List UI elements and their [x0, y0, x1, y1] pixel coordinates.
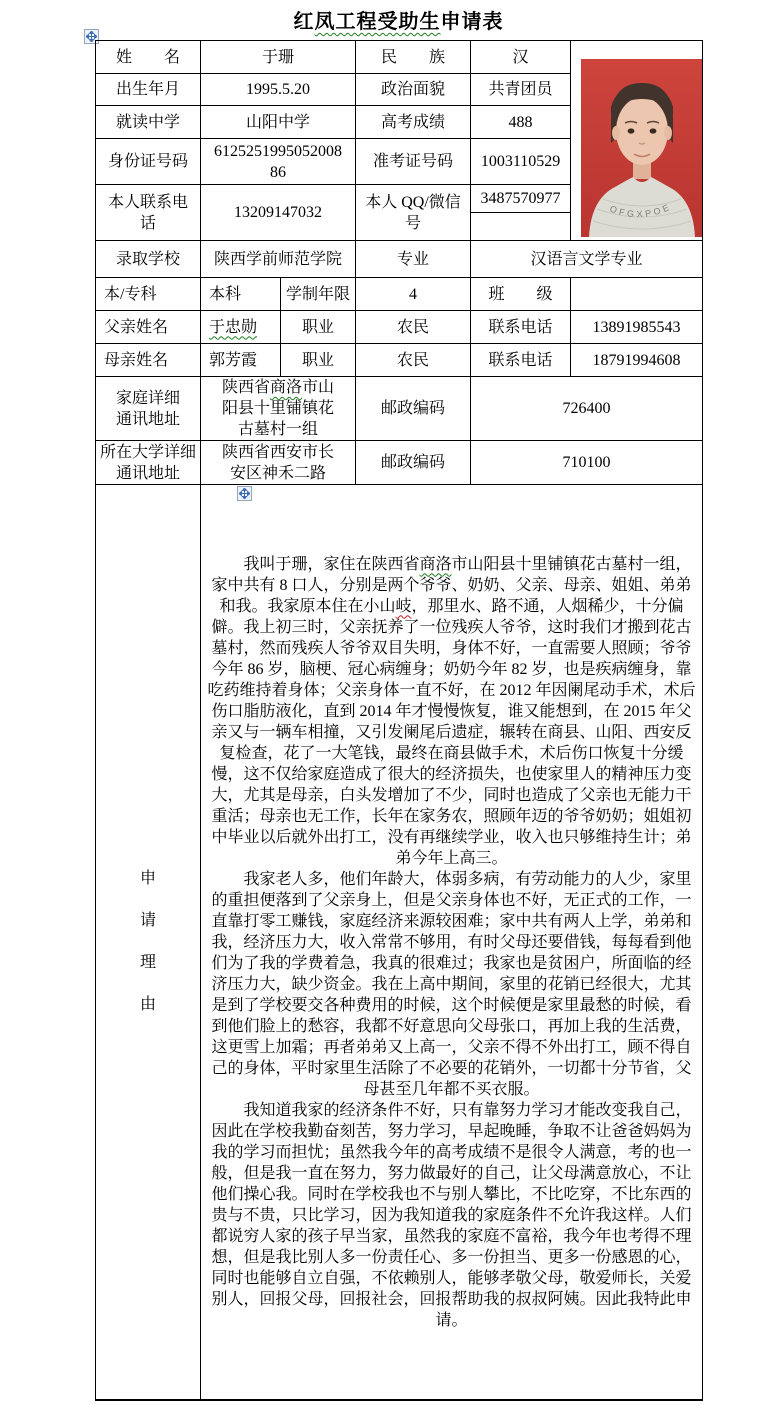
- exam-ticket-label: 准考证号码: [356, 139, 471, 185]
- phone-value: 13209147032: [201, 185, 356, 241]
- applicant-id-photo: OFGXPOE: [581, 59, 703, 237]
- major-value: 汉语言文学专业: [471, 241, 703, 278]
- application-form-table: 姓 名 于珊 民 族 汉: [95, 40, 703, 1401]
- father-job-label: 职业: [281, 311, 356, 344]
- essay-paragraph-2: 我家老人多，他们年龄大，体弱多病，有劳动能力的人少，家里的重担便落到了父亲身上，…: [204, 869, 699, 1100]
- application-reason-label: 申请理由: [96, 485, 201, 1401]
- essay-paragraph-1: 我叫于珊，家住在陕西省商洛市山阳县十里铺镇花古墓村一组，家中共有 8 口人，分别…: [204, 554, 699, 869]
- name-value: 于珊: [201, 41, 356, 74]
- home-zip-value: 726400: [471, 377, 703, 441]
- application-reason-essay: 我叫于珊，家住在陕西省商洛市山阳县十里铺镇花古墓村一组，家中共有 8 口人，分别…: [201, 485, 703, 1401]
- political-status-value: 共青团员: [471, 74, 571, 106]
- degree-type-label: 本/专科: [96, 278, 201, 311]
- mother-tel-value: 18791994608: [571, 344, 703, 377]
- document-page: 红凤工程受助生申请表 姓 名 于珊 民: [0, 0, 772, 1405]
- birthdate-label: 出生年月: [96, 74, 201, 106]
- photo-cell: OFGXPOE: [571, 41, 703, 241]
- admitted-school-value: 陕西学前师范学院: [201, 241, 356, 278]
- page-title: 红凤工程受助生申请表: [95, 5, 702, 34]
- admitted-school-label: 录取学校: [96, 241, 201, 278]
- mother-job-value: 农民: [356, 344, 471, 377]
- degree-type-value: 本科: [201, 278, 281, 311]
- high-school-value: 山阳中学: [201, 106, 356, 139]
- university-zip-value: 710100: [471, 441, 703, 485]
- major-label: 专业: [356, 241, 471, 278]
- father-job-value: 农民: [356, 311, 471, 344]
- mother-name-label: 母亲姓名: [96, 344, 201, 377]
- university-address-label: 所在大学详细 通讯地址: [96, 441, 201, 485]
- phone-label: 本人联系电 话: [96, 185, 201, 241]
- id-number-label: 身份证号码: [96, 139, 201, 185]
- id-number-value: 6125251995052008 86: [201, 139, 356, 185]
- father-name-label: 父亲姓名: [96, 311, 201, 344]
- program-years-label: 学制年限: [281, 278, 356, 311]
- mother-tel-label: 联系电话: [471, 344, 571, 377]
- father-tel-value: 13891985543: [571, 311, 703, 344]
- mother-job-label: 职业: [281, 344, 356, 377]
- gaokao-score-label: 高考成绩: [356, 106, 471, 139]
- program-years-value: 4: [356, 278, 471, 311]
- home-zip-label: 邮政编码: [356, 377, 471, 441]
- home-address-value: 陕西省商洛市山 阳县十里铺镇花 古墓村一组: [201, 377, 356, 441]
- qq-wechat-label: 本人 QQ/微信号: [356, 185, 471, 241]
- political-status-label: 政治面貌: [356, 74, 471, 106]
- birthdate-value: 1995.5.20: [201, 74, 356, 106]
- exam-ticket-value: 1003110529: [471, 139, 571, 185]
- name-label: 姓 名: [96, 41, 201, 74]
- ethnicity-label: 民 族: [356, 41, 471, 74]
- university-zip-label: 邮政编码: [356, 441, 471, 485]
- father-tel-label: 联系电话: [471, 311, 571, 344]
- gaokao-score-value: 488: [471, 106, 571, 139]
- university-address-value: 陕西省西安市长 安区神禾二路: [201, 441, 356, 485]
- home-address-label: 家庭详细 通讯地址: [96, 377, 201, 441]
- class-value: [571, 278, 703, 311]
- qq-wechat-extra-cell: [471, 213, 571, 241]
- qq-wechat-value: 3487570977: [471, 185, 571, 213]
- essay-paragraph-3: 我知道我家的经济条件不好，只有靠努力学习才能改变我自己，因此在学校我勤奋刻苦，努…: [204, 1100, 699, 1331]
- class-label: 班 级: [471, 278, 571, 311]
- high-school-label: 就读中学: [96, 106, 201, 139]
- mother-name-value: 郭芳霞: [201, 344, 281, 377]
- ethnicity-value: 汉: [471, 41, 571, 74]
- father-name-value: 于忠勋: [201, 311, 281, 344]
